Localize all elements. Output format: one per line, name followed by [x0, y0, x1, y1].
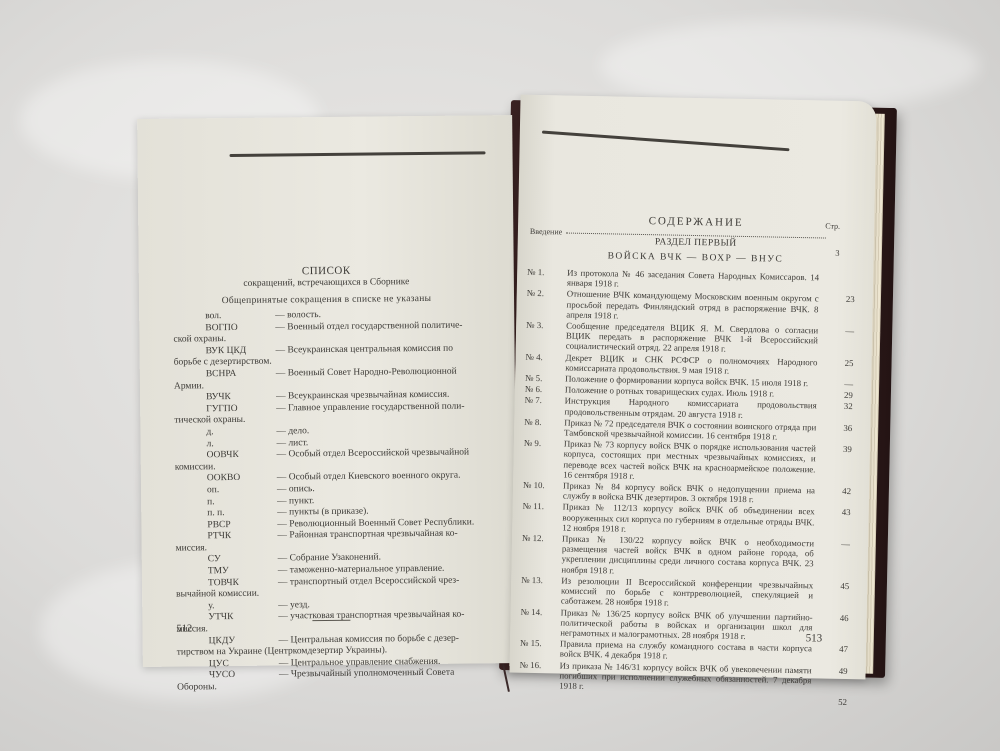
abbr-value: — Центральная комиссия по борьбе с дезер…: [279, 633, 499, 647]
abbr-value: — Главное управление государственной пол…: [276, 401, 496, 415]
toc-number: № 6.: [525, 384, 565, 395]
toc-text: Отношение ВЧК командующему Московским во…: [566, 289, 819, 324]
abbreviation-list: вол.— волость.ВОГПО— Военный отдел госуд…: [173, 308, 499, 694]
toc-page: 29: [817, 390, 855, 401]
abbr-value: — Военный Совет Народно-Революционной: [276, 366, 496, 380]
toc-text: Приказ № 112/13 корпусу войск ВЧК об объ…: [562, 502, 815, 537]
toc-text: Из приказа № 146/31 корпусу войск ВЧК об…: [559, 660, 812, 695]
page-number: 513: [806, 632, 823, 644]
abbr-key: ООВЧК: [175, 450, 277, 463]
toc-number: [519, 691, 559, 702]
abbr-value: — Всеукраинская центральная комиссия по: [276, 343, 496, 357]
toc-item: № 2.Отношение ВЧК командующему Московски…: [526, 288, 857, 325]
toc-number: № 16.: [519, 659, 560, 690]
toc-number: № 12.: [521, 533, 562, 575]
toc-text: Приказ № 136/25 корпусу войск ВЧК об улу…: [560, 607, 813, 642]
toc-text: Сообщение председателя ВЦИК Я. М. Свердл…: [566, 321, 819, 356]
abbr-key: ВОГПО: [173, 322, 275, 335]
page-column-label: Стр.: [825, 222, 840, 231]
abbr-key: ЧУСО: [177, 670, 279, 683]
toc-page: [819, 272, 857, 293]
right-page: СОДЕРЖАНИЕ Стр. Введение РАЗДЕЛ ПЕРВЫЙ 3…: [509, 95, 876, 680]
toc-page: 23: [818, 294, 857, 325]
abbr-value: — Особый отдел Всероссийской чрезвычайно…: [277, 447, 497, 461]
toc-page: —: [817, 378, 855, 389]
toc-page: 49: [811, 665, 850, 696]
toc-item: № 3.Сообщение председателя ВЦИК Я. М. Св…: [526, 320, 857, 357]
toc-page: 25: [817, 357, 855, 378]
toc-number: № 13.: [521, 575, 562, 606]
abbr-key: ВСНРА: [174, 369, 276, 382]
toc-page: 45: [813, 580, 852, 611]
toc-page: 52: [811, 696, 849, 707]
header-rule: [542, 131, 790, 152]
toc-number: № 5.: [525, 373, 565, 384]
toc-item: № 9.Приказ № 73 корпусу войск ВЧК о поря…: [523, 438, 854, 485]
toc-item: № 12.Приказ № 130/22 корпусу войск ВЧК о…: [521, 533, 852, 580]
abbr-value: — Чрезвычайный уполномоченный Совета: [279, 668, 499, 682]
toc-page: 36: [816, 422, 854, 443]
toc-page: —: [818, 325, 857, 356]
toc-number: № 15.: [520, 638, 560, 659]
abbr-value: — участковая транспортная чрезвычайная к…: [278, 610, 498, 624]
toc-item: № 13.Из резолюции II Всероссийской конфе…: [521, 575, 852, 612]
section-subtitle: ВОЙСКА ВЧК — ВОХР — ВНУС: [517, 250, 873, 267]
page-number: 512: [176, 623, 192, 634]
toc-number: № 8.: [524, 417, 564, 438]
toc-item: № 14.Приказ № 136/25 корпусу войск ВЧК о…: [520, 606, 851, 643]
toc-number: № 3.: [526, 320, 567, 351]
toc-number: № 10.: [523, 480, 563, 501]
left-page: СПИСОК сокращений, встречающихся в Сборн…: [137, 115, 518, 667]
abbr-key: РТЧК: [175, 531, 277, 544]
abbr-list-note: Общепринятые сокращения в списке не указ…: [139, 293, 514, 307]
toc-item: № 11.Приказ № 112/13 корпусу войск ВЧК о…: [522, 501, 853, 538]
toc-number: № 4.: [525, 351, 565, 372]
toc-text: Приказ № 130/22 корпусу войск ВЧК о необ…: [561, 534, 814, 580]
toc-number: № 11.: [522, 501, 563, 532]
toc-item: № 16.Из приказа № 146/31 корпусу войск В…: [519, 659, 850, 696]
toc-page: —: [813, 538, 852, 580]
toc-page: 47: [812, 643, 850, 664]
toc-number: № 7.: [524, 395, 564, 416]
abbr-key: ГУГПО: [174, 403, 276, 416]
toc-text: Приказ № 73 корпусу войск ВЧК о порядке …: [563, 439, 816, 485]
header-rule: [230, 151, 486, 157]
toc-page: 39: [815, 444, 854, 486]
toc-number: № 2.: [526, 288, 567, 319]
toc-page: 32: [816, 401, 854, 422]
abbr-value: — транспортный отдел Всероссийской чрез-: [278, 575, 498, 589]
toc-number: № 1.: [527, 267, 567, 288]
abbr-value: — Районная транспортная чрезвычайная ко-: [277, 529, 497, 543]
abbr-value: — Военный отдел государственной политиче…: [275, 320, 495, 334]
toc-number: № 9.: [523, 438, 564, 480]
toc-number: № 14.: [520, 606, 561, 637]
abbr-key: ТОВЧК: [176, 577, 278, 590]
toc-page: 43: [814, 507, 853, 538]
toc-text: Из резолюции II Всероссийской конференци…: [561, 575, 814, 610]
toc-page: 42: [815, 485, 853, 506]
